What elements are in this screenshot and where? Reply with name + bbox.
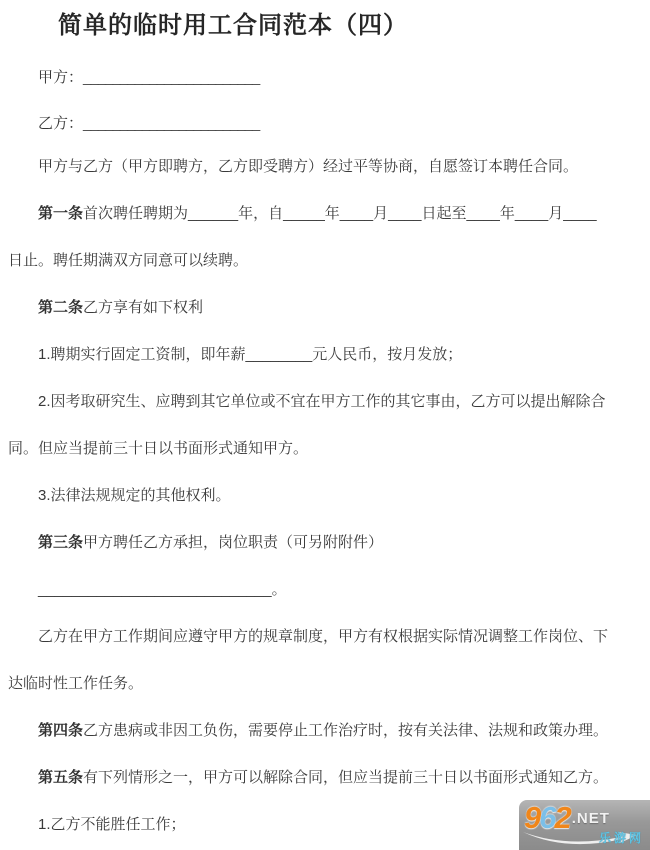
clause-text: 甲方聘任乙方承担，岗位职责（可另附附件） [83, 534, 383, 551]
clause-line: 第三条甲方聘任乙方承担，岗位职责（可另附附件） [8, 532, 642, 553]
brand-digit-2: 2 [555, 801, 570, 835]
clause-line: 第二条乙方享有如下权利 [8, 297, 642, 318]
text-line: 甲方与乙方（甲方即聘方，乙方即受聘方）经过平等协商，自愿签订本聘任合同。 [8, 156, 642, 177]
text-line: 3.法律法规规定的其他权利。 [8, 485, 642, 506]
clause-text: 3.法律法规规定的其他权利。 [38, 487, 231, 504]
clause-text: 乙方在甲方工作期间应遵守甲方的规章制度，甲方有权根据实际情况调整工作岗位、下 [38, 628, 608, 645]
brand-site-name: 乐游网 [599, 829, 644, 846]
clause-text: 达临时性工作任务。 [8, 675, 143, 692]
clause-line: 第五条有下列情形之一，甲方可以解除合同，但应当提前三十日以书面形式通知乙方。 [8, 767, 642, 788]
clause-text: 1.乙方不能胜任工作； [38, 816, 186, 833]
text-line: 同。但应当提前三十日以书面形式通知甲方。 [8, 438, 642, 459]
brand-row: 9 6 2 .NET [524, 801, 610, 835]
text-line: 乙方在甲方工作期间应遵守甲方的规章制度，甲方有权根据实际情况调整工作岗位、下 [8, 626, 642, 647]
clause-line: 第四条乙方患病或非因工负伤，需要停止工作治疗时，按有关法律、法规和政策办理。 [8, 720, 642, 741]
text-line: 1.聘期实行固定工资制，即年薪________元人民币，按月发放； [8, 344, 642, 365]
text-line: 日止。聘任期满双方同意可以续聘。 [8, 250, 642, 271]
brand-tld: .NET [572, 810, 610, 827]
clause-text: 同。但应当提前三十日以书面形式通知甲方。 [8, 440, 308, 457]
clause-text: 乙方患病或非因工负伤，需要停止工作治疗时，按有关法律、法规和政策办理。 [83, 722, 608, 739]
brand-digit-9: 9 [524, 801, 539, 835]
clause-text: 日止。聘任期满双方同意可以续聘。 [8, 252, 248, 269]
contract-document: 简单的临时用工合同范本（四） 甲方：______________________… [0, 0, 650, 835]
clause-number: 第二条 [38, 299, 83, 316]
clause-number: 第三条 [38, 534, 83, 551]
clause-text: 首次聘任聘期为______年，自_____年____月____日起至____年_… [83, 205, 597, 222]
clause-text: 甲方与乙方（甲方即聘方，乙方即受聘方）经过平等协商，自愿签订本聘任合同。 [38, 158, 578, 175]
brand-digit-6: 6 [539, 801, 554, 835]
party-b-line: 乙方：________________________ [38, 114, 642, 134]
text-line: ____________________________。 [8, 579, 642, 600]
party-b-blank: ________________________ [83, 115, 259, 132]
clause-text: 有下列情形之一，甲方可以解除合同，但应当提前三十日以书面形式通知乙方。 [83, 769, 608, 786]
party-a-blank: ________________________ [83, 69, 259, 86]
clause-text: 乙方享有如下权利 [83, 299, 203, 316]
text-line: 达临时性工作任务。 [8, 673, 642, 694]
text-line: 2.因考取研究生、应聘到其它单位或不宜在甲方工作的其它事由，乙方可以提出解除合 [8, 391, 642, 412]
paragraph-list: 甲方与乙方（甲方即聘方，乙方即受聘方）经过平等协商，自愿签订本聘任合同。第一条首… [8, 156, 642, 835]
page-title: 简单的临时用工合同范本（四） [58, 10, 642, 42]
clause-line: 第一条首次聘任聘期为______年，自_____年____月____日起至___… [8, 203, 642, 224]
clause-text: 2.因考取研究生、应聘到其它单位或不宜在甲方工作的其它事由，乙方可以提出解除合 [38, 393, 606, 410]
party-a-label: 甲方： [38, 69, 83, 86]
clause-number: 第四条 [38, 722, 83, 739]
clause-number: 第五条 [38, 769, 83, 786]
clause-text: 1.聘期实行固定工资制，即年薪________元人民币，按月发放； [38, 346, 462, 363]
clause-text: ____________________________。 [38, 581, 287, 598]
watermark-badge: 9 6 2 .NET 乐游网 [519, 800, 650, 850]
clause-number: 第一条 [38, 205, 83, 222]
party-a-line: 甲方：________________________ [38, 68, 642, 88]
party-b-label: 乙方： [38, 115, 83, 132]
